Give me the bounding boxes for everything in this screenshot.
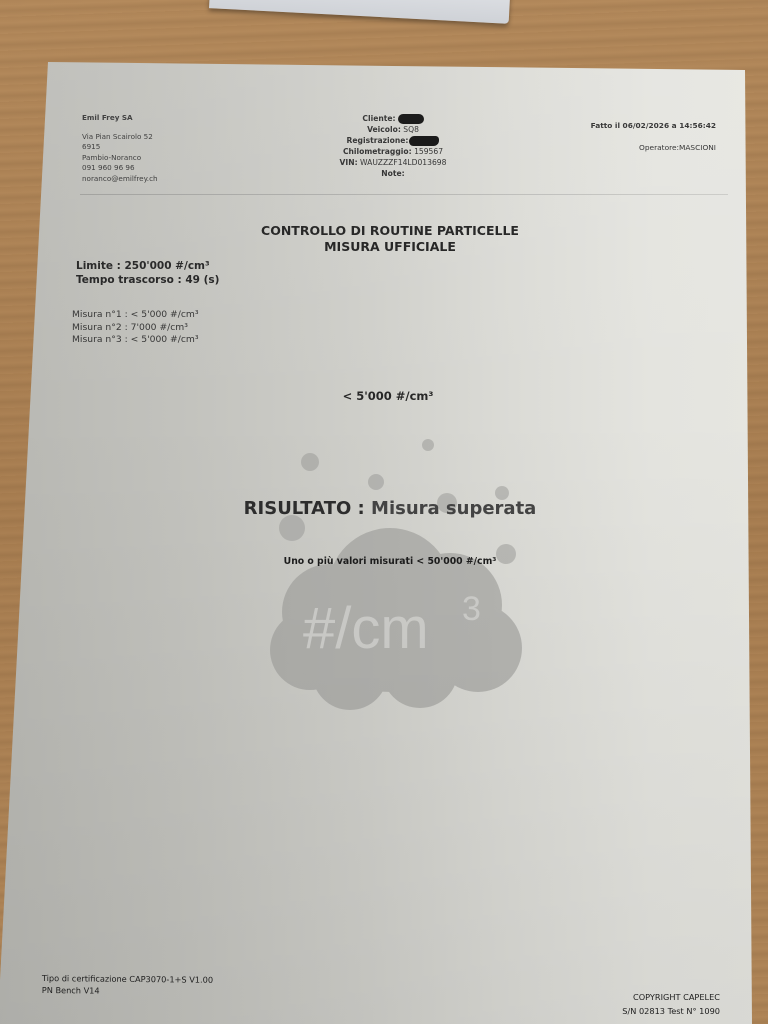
cliente-label: Cliente: bbox=[362, 114, 395, 123]
company-address-line: Via Pian Scairolo 52 bbox=[82, 132, 158, 143]
final-measured-value: < 5'000 #/cm³ bbox=[288, 389, 488, 403]
report-title-line2: MISURA UFFICIALE bbox=[200, 239, 580, 255]
redacted-registrazione bbox=[409, 136, 439, 146]
background-paper-stack bbox=[209, 0, 511, 24]
vin-value: WAUZZZF14LD013698 bbox=[360, 158, 446, 167]
cloud-watermark-icon: #/cm 3 bbox=[0, 0, 768, 1024]
vin-label: VIN: bbox=[340, 158, 358, 167]
copyright: COPYRIGHT CAPELEC bbox=[560, 990, 720, 1004]
result-label: RISULTATO : bbox=[244, 498, 371, 519]
note-label: Note: bbox=[381, 169, 404, 178]
serial-test-number: S/N 02813 Test N° 1090 bbox=[560, 1004, 720, 1018]
report-meta-block: Fatto il 06/02/2026 a 14:56:42 Operatore… bbox=[540, 115, 716, 159]
veicolo-row: Veicolo: SQ8 bbox=[300, 124, 486, 135]
chilometraggio-value: 159567 bbox=[414, 147, 443, 156]
certification-footer: Tipo di certificazione CAP3070-1+S V1.00… bbox=[42, 972, 213, 998]
vin-row: VIN: WAUZZZF14LD013698 bbox=[300, 157, 486, 168]
result-note: Uno o più valori misurati < 50'000 #/cm³ bbox=[240, 556, 540, 567]
company-address-line: Pambio-Noranco bbox=[82, 153, 158, 164]
measurements-list: Misura n°1 : < 5'000 #/cm³ Misura n°2 : … bbox=[72, 309, 199, 347]
report-title-line1: CONTROLLO DI ROUTINE PARTICELLE bbox=[200, 223, 580, 239]
company-email: noranco@emilfrey.ch bbox=[82, 174, 158, 185]
measurement-item: Misura n°2 : 7'000 #/cm³ bbox=[72, 322, 199, 335]
company-phone: 091 960 96 96 bbox=[82, 163, 158, 174]
result-heading: RISULTATO : Misura superata bbox=[180, 498, 600, 519]
certification-type: Tipo di certificazione CAP3070-1+S V1.00 bbox=[42, 972, 213, 986]
note-row: Note: bbox=[300, 168, 486, 179]
report-datetime: Fatto il 06/02/2026 a 14:56:42 bbox=[540, 115, 716, 137]
printed-report-sheet: #/cm 3 Emil Frey SA Via Pian Scairolo 52… bbox=[0, 0, 768, 1024]
veicolo-label: Veicolo: bbox=[367, 125, 401, 134]
svg-text:#/cm: #/cm bbox=[303, 596, 429, 661]
cliente-row: Cliente: bbox=[300, 113, 486, 124]
chilometraggio-row: Chilometraggio: 159567 bbox=[300, 146, 486, 157]
header-divider bbox=[80, 194, 728, 195]
vehicle-info-block: Cliente: Veicolo: SQ8 Registrazione: Chi… bbox=[300, 113, 486, 179]
company-block: Emil Frey SA Via Pian Scairolo 52 6915 P… bbox=[82, 113, 158, 184]
result-value: Misura superata bbox=[371, 498, 536, 519]
svg-text:3: 3 bbox=[462, 590, 481, 628]
company-address-line: 6915 bbox=[82, 142, 158, 153]
veicolo-value: SQ8 bbox=[403, 125, 419, 134]
measurement-item: Misura n°3 : < 5'000 #/cm³ bbox=[72, 334, 199, 347]
copyright-footer: COPYRIGHT CAPELEC S/N 02813 Test N° 1090 bbox=[560, 990, 720, 1018]
registrazione-label: Registrazione: bbox=[347, 136, 409, 145]
redacted-cliente bbox=[398, 114, 424, 124]
report-title: CONTROLLO DI ROUTINE PARTICELLE MISURA U… bbox=[200, 223, 580, 255]
registrazione-row: Registrazione: bbox=[300, 135, 486, 146]
bench-version: PN Bench V14 bbox=[42, 984, 213, 998]
limit-value: Limite : 250'000 #/cm³ bbox=[76, 259, 219, 273]
chilometraggio-label: Chilometraggio: bbox=[343, 147, 412, 156]
operator: Operatore:MASCIONI bbox=[540, 137, 716, 159]
limits-block: Limite : 250'000 #/cm³ Tempo trascorso :… bbox=[76, 259, 219, 287]
company-name: Emil Frey SA bbox=[82, 113, 158, 124]
elapsed-time: Tempo trascorso : 49 (s) bbox=[76, 273, 219, 287]
measurement-item: Misura n°1 : < 5'000 #/cm³ bbox=[72, 309, 199, 322]
